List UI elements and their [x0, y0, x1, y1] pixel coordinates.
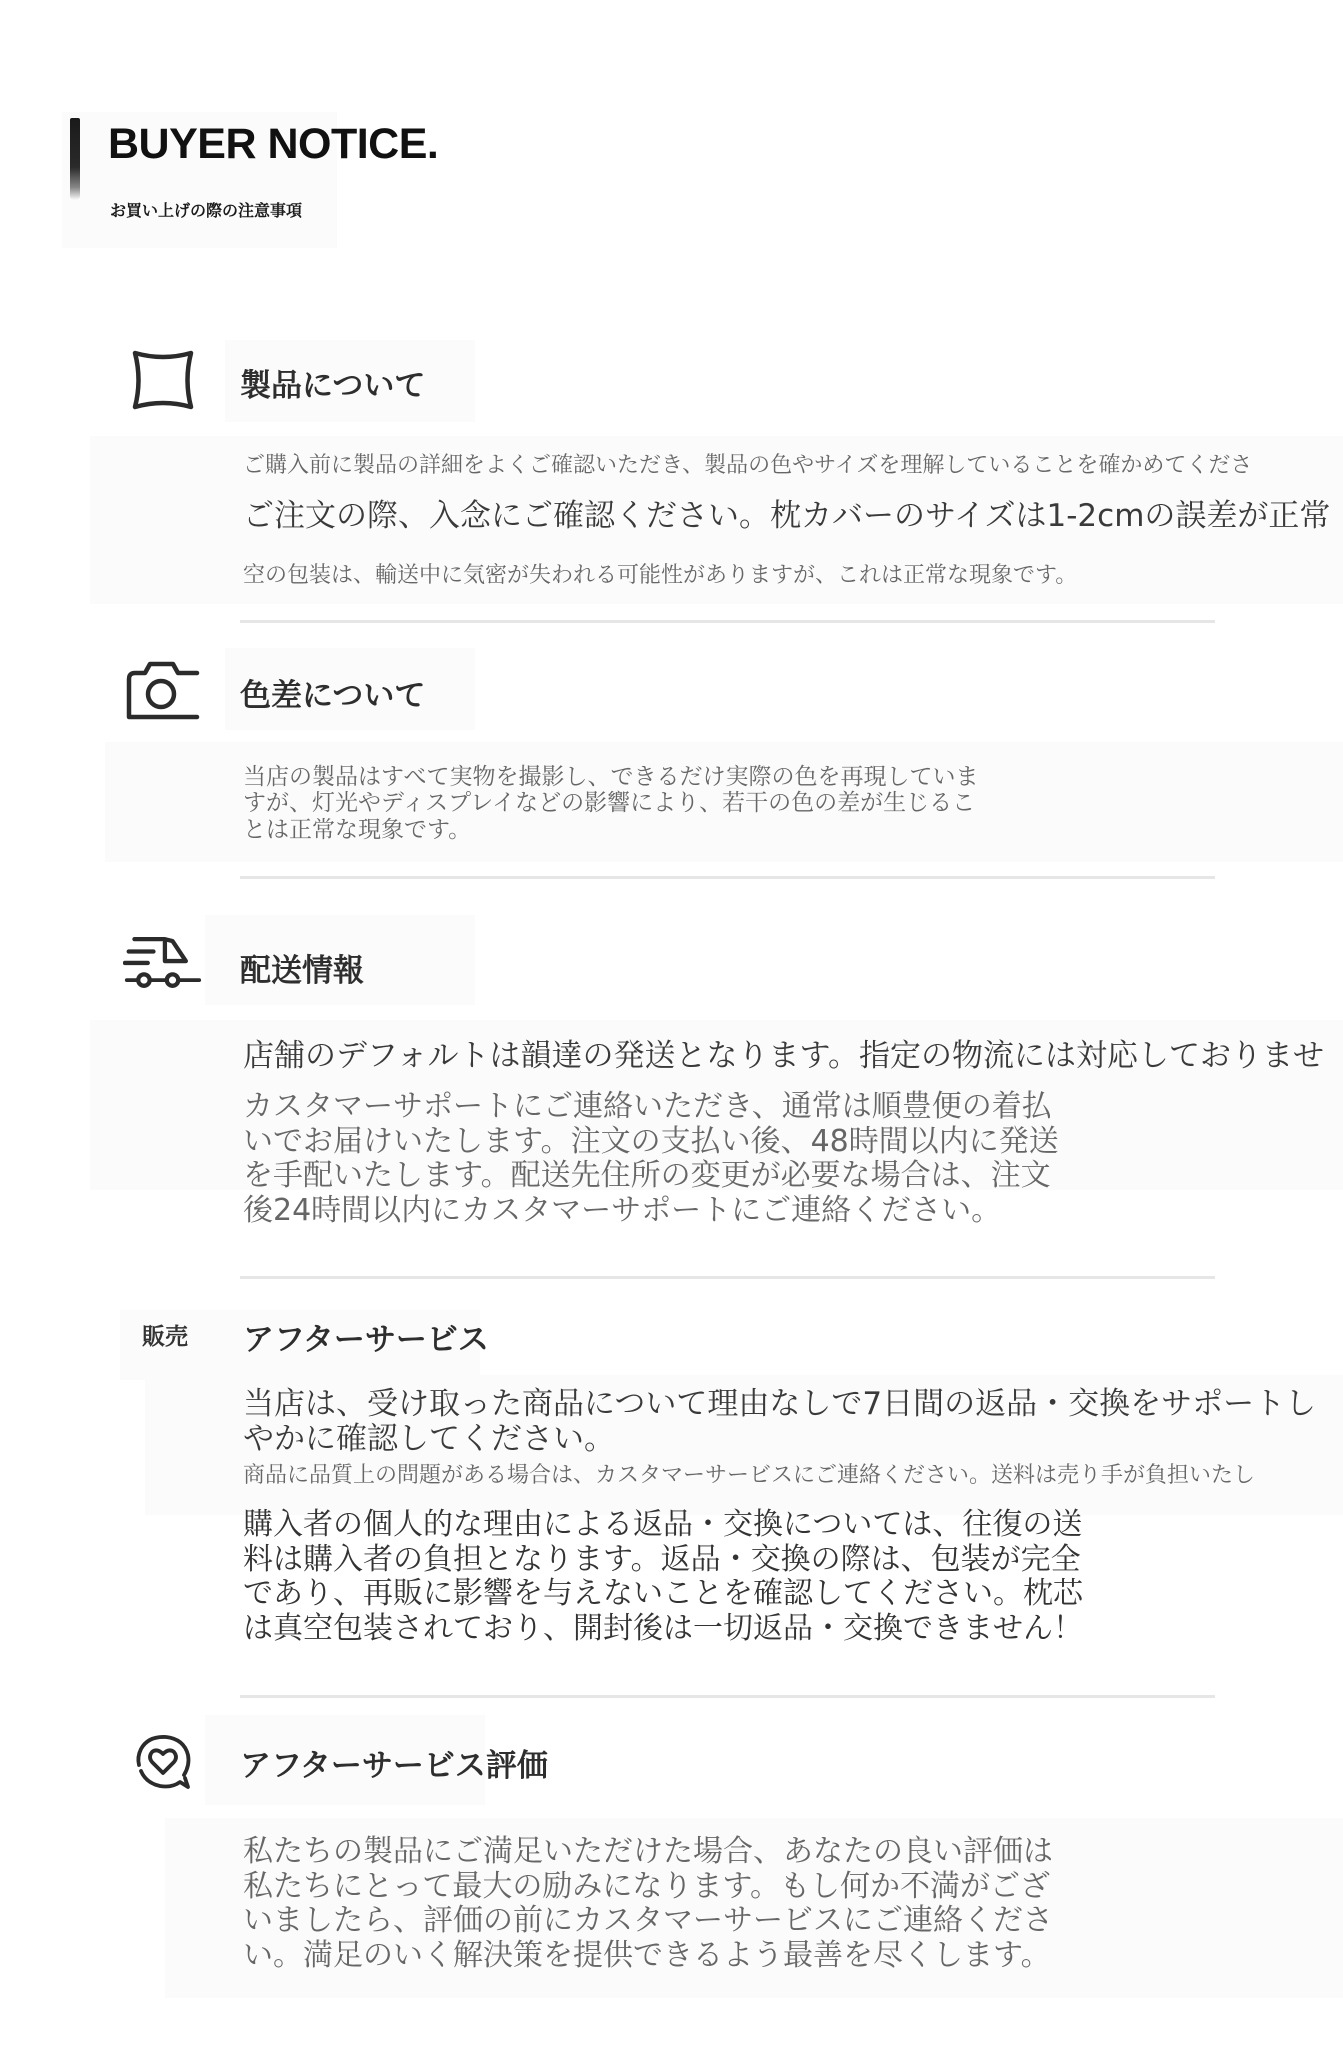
section-title: アフターサービス — [243, 1314, 489, 1359]
pillow-icon — [123, 340, 203, 420]
section-title: アフターサービス評価 — [240, 1740, 548, 1785]
section-body: 私たちの製品にご満足いただけた場合、あなたの良い評価は 私たちにとって最大の励み… — [243, 1835, 1053, 1973]
section-body: 当店の製品はすべて実物を撮影し、できるだけ実際の色を再現していま すが、灯光やデ… — [243, 764, 979, 843]
section-lead: 当店は、受け取った商品について理由なしで7日間の返品・交換をサポートし やかに確… — [0, 1378, 1343, 1498]
section-lead: 店舗のデフォルトは韻達の発送となります。指定の物流には対応しておりませ — [0, 1030, 1343, 1080]
section-title: 色差について — [240, 670, 425, 715]
page-subtitle: お買い上げの際の注意事項 — [110, 198, 302, 221]
section-divider — [240, 1276, 1215, 1279]
body-line: ご購入前に製品の詳細をよくご確認いただき、製品の色やサイズを理解していることを確… — [243, 448, 1252, 479]
body-line: 空の包装は、輸送中に気密が失われる可能性がありますが、これは正常な現象です。 — [243, 558, 1077, 589]
section-body: 購入者の個人的な理由による返品・交換については、往復の送 料は購入者の負担となり… — [243, 1508, 1083, 1646]
body-line-emphasis: 店舗のデフォルトは韻達の発送となります。指定の物流には対応しておりませ — [243, 1030, 1324, 1075]
brush-stroke-accent — [70, 118, 80, 200]
body-line-note: 商品に品質上の問題がある場合は、カスタマーサービスにご連絡ください。送料は売り手… — [243, 1458, 1255, 1489]
body-line-emphasis: やかに確認してください。 — [243, 1413, 615, 1458]
body-line-emphasis: ご注文の際、入念にご確認ください。枕カバーのサイズは1-2cmの誤差が正常 — [243, 490, 1330, 535]
section-title: 製品について — [240, 360, 425, 405]
section-divider — [240, 1695, 1215, 1698]
sales-label: 販売 — [142, 1318, 188, 1351]
section-divider — [240, 620, 1215, 623]
page-title: BUYER NOTICE. — [108, 120, 438, 169]
section-body: ご購入前に製品の詳細をよくご確認いただき、製品の色やサイズを理解していることを確… — [0, 448, 1343, 598]
camera-icon — [123, 650, 203, 730]
section-title: 配送情報 — [240, 945, 364, 990]
delivery-truck-icon — [123, 922, 203, 1002]
section-body: カスタマーサポートにご連絡いただき、通常は順豊便の着払 いでお届けいたします。注… — [243, 1090, 1059, 1228]
heart-chat-icon — [123, 1722, 203, 1802]
section-divider — [240, 876, 1215, 879]
